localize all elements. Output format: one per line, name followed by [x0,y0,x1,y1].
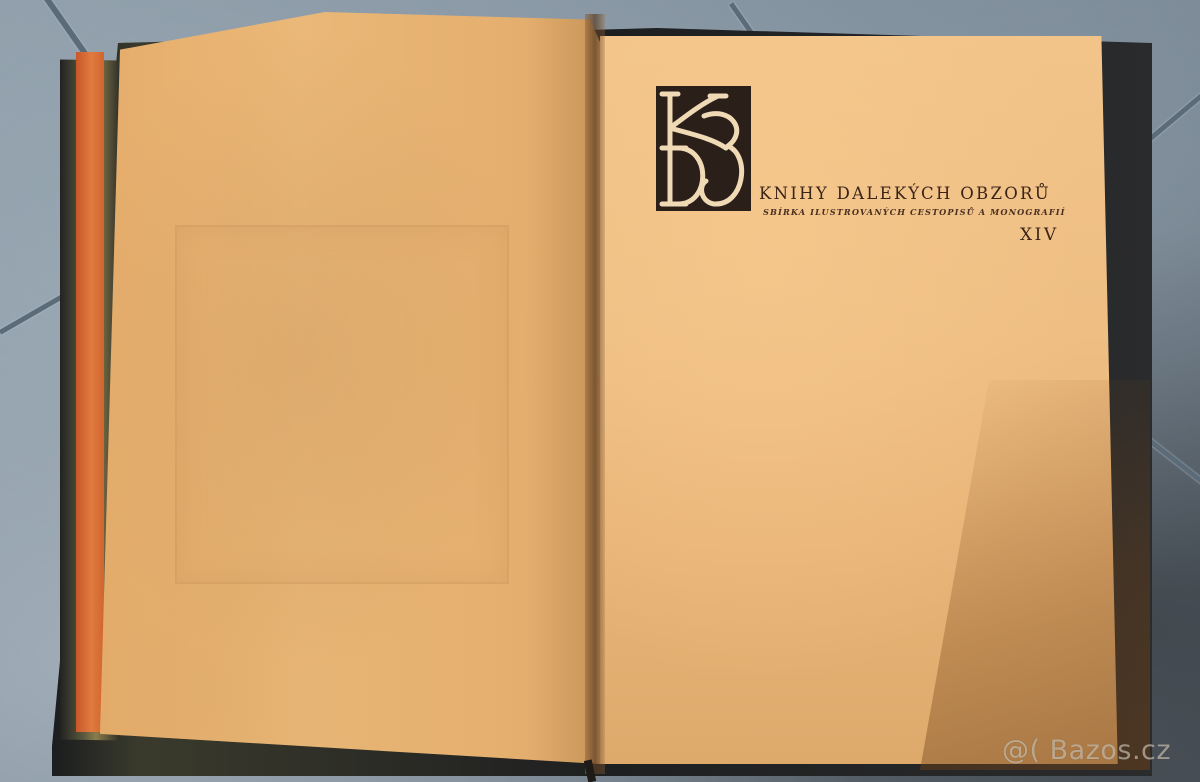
kdo-monogram-icon [656,86,751,211]
endpaper-orange-strip [76,52,104,732]
volume-number: XIV [1020,225,1059,245]
publisher-logo [656,86,751,211]
series-title: KNIHY DALEKÝCH OBZORŮ [759,184,1051,203]
series-subtitle: SBÍRKA ILUSTROVANÝCH CESTOPISŮ A MONOGRA… [763,207,1066,217]
book-gutter [585,14,605,774]
plate-impression [175,225,509,584]
site-watermark: @( Bazos.cz [1002,735,1171,766]
